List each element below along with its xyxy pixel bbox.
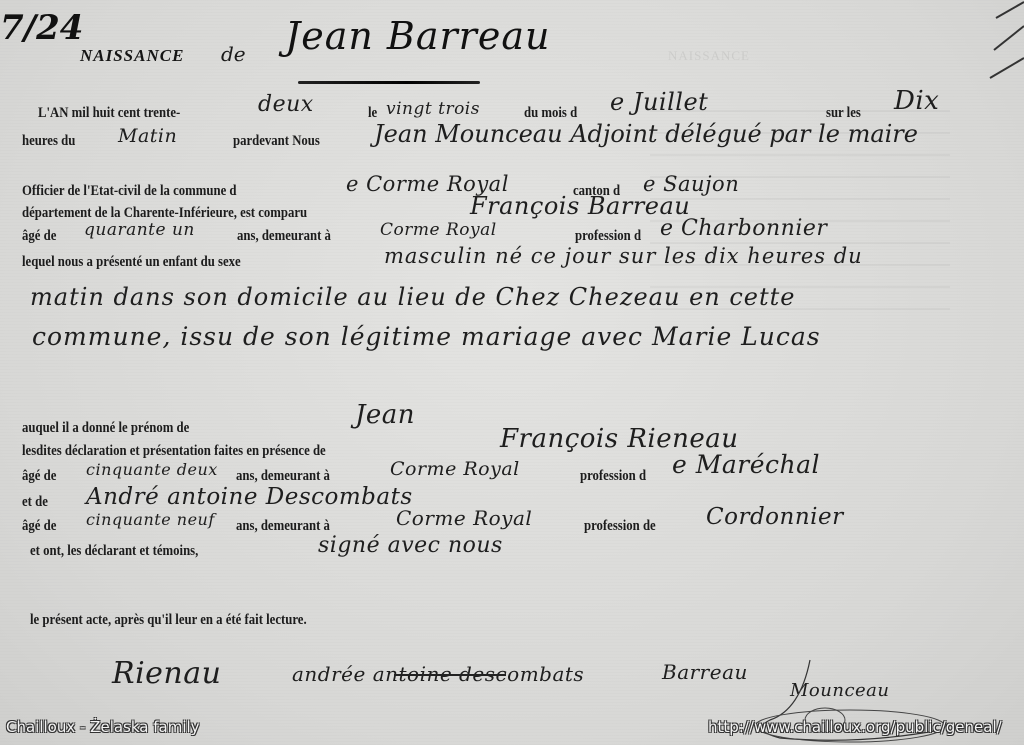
printed-text: ans, demeurant à <box>236 468 330 485</box>
bleed-through-text: NAISSANCE <box>668 48 750 64</box>
handwritten-father-residence: Corme Royal <box>380 220 497 240</box>
printed-text: L'AN mil huit cent trente- <box>38 105 180 122</box>
printed-text: âgé de <box>22 518 56 535</box>
printed-text: ans, demeurant à <box>236 518 330 535</box>
printed-text: profession d <box>580 468 646 485</box>
handwritten-witness2-name: André antoine Descombats <box>86 484 413 510</box>
handwritten-year: deux <box>258 92 314 117</box>
printed-text: Officier de l'Etat-civil de la commune d <box>22 183 237 200</box>
printed-text: profession de <box>584 518 656 535</box>
handwritten-witness2-residence: Corme Royal <box>396 506 532 530</box>
handwritten-father-age: quarante un <box>84 220 195 240</box>
printed-text: lequel nous a présenté un enfant du sexe <box>22 254 241 271</box>
document-scan: NAISSANCE 7/24 NAISSANCE de Jean Barreau… <box>0 0 1024 745</box>
signature-strike-line <box>394 674 506 676</box>
handwritten-hour: Dix <box>894 86 939 116</box>
printed-text: lesdites déclaration et présentation fai… <box>22 443 326 460</box>
handwritten-father-name: François Barreau <box>470 192 690 220</box>
signature-witness1: Rienau <box>112 656 221 691</box>
handwritten-witness2-age: cinquante neuf <box>86 510 215 529</box>
handwritten-month: e Juillet <box>610 88 708 116</box>
handwritten-witness1-residence: Corme Royal <box>390 458 520 480</box>
footer-url[interactable]: http://www.chailloux.org/public/geneal/ <box>708 718 1002 736</box>
printed-text: et de <box>22 494 48 511</box>
title-de: de <box>221 42 246 66</box>
title-underline <box>298 81 480 84</box>
handwritten-witness1-profession: e Maréchal <box>672 450 820 479</box>
handwritten-witness2-profession: Cordonnier <box>706 504 844 530</box>
signature-struck: Barreau <box>662 660 748 684</box>
printed-text: âgé de <box>22 228 56 245</box>
printed-text: heures du <box>22 133 75 150</box>
handwritten-witness1-age: cinquante deux <box>86 460 218 479</box>
handwritten-father-profession: e Charbonnier <box>660 216 827 241</box>
handwritten-signed-with-us: signé avec nous <box>318 533 503 558</box>
handwritten-birth-place: matin dans son domicile au lieu de Chez … <box>30 283 796 311</box>
footer-credit: Chailloux - Żelaska family <box>6 718 200 736</box>
child-name-title: Jean Barreau <box>285 14 550 58</box>
printed-text: le présent acte, après qu'il leur en a é… <box>30 612 307 629</box>
printed-text: âgé de <box>22 468 56 485</box>
handwritten-first-name: Jean <box>355 400 415 430</box>
handwritten-birth-details: masculin né ce jour sur les dix heures d… <box>384 244 863 268</box>
printed-text: pardevant Nous <box>233 133 320 150</box>
printed-text: et ont, les déclarant et témoins, <box>30 543 198 560</box>
handwritten-parents: commune, issu de son légitime mariage av… <box>32 322 821 351</box>
handwritten-official: Jean Mounceau Adjoint délégué par le mai… <box>374 120 918 148</box>
printed-text: ans, demeurant à <box>237 228 331 245</box>
margin-pen-strokes <box>984 0 1024 90</box>
printed-text: profession d <box>575 228 641 245</box>
handwritten-day: vingt trois <box>386 99 480 119</box>
printed-text: auquel il a donné le prénom de <box>22 420 189 437</box>
margin-record-number: 7/24 <box>0 8 83 48</box>
handwritten-time: Matin <box>118 125 177 147</box>
document-title: NAISSANCE <box>80 46 184 66</box>
